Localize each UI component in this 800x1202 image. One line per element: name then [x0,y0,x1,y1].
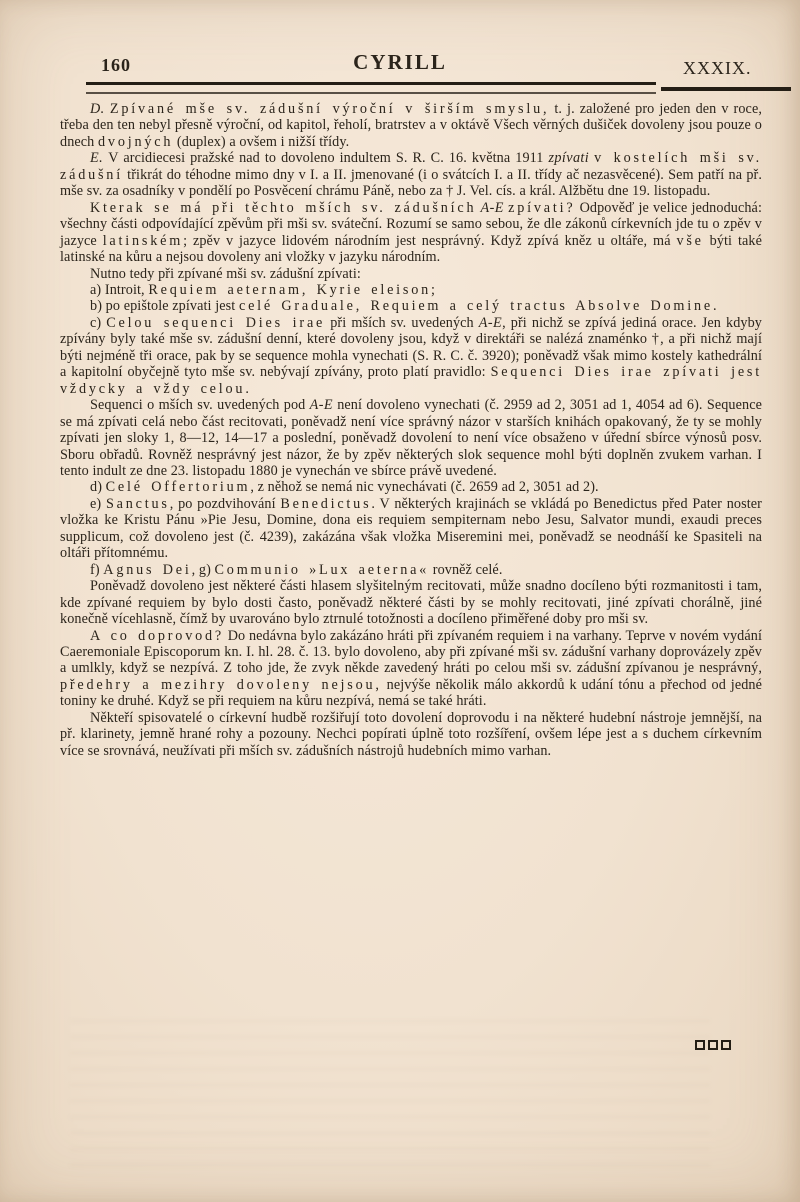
text-segment: f) [90,562,103,578]
text-segment: V arcidiecesi pražské nad to dovoleno in… [108,150,548,166]
text-segment: , z něhož se nemá nic vynechávati (č. 26… [250,479,598,495]
text-segment: předehry a mezihry dovoleny nejsou, [60,677,382,693]
text-segment: Kterak se má při těchto mších sv. zádušn… [90,200,476,216]
text-segment: d) [90,479,106,495]
text-segment: A-E [310,397,333,413]
text-segment: E. [90,150,108,166]
text-segment: , g) [192,562,215,578]
text-segment: D. [90,101,110,117]
scanned-page: 160 CYRILL XXXIX. D. Zpívané mše sv. zád… [0,0,800,1202]
text-segment: třikrát do téhodne mimo dny v I. a II. j… [60,167,762,199]
paragraph: A co doprovod? Do nedávna bylo zakázáno … [60,628,762,710]
text-segment: . [713,298,717,314]
square-icon [708,1040,718,1050]
text-segment: c) [90,315,106,331]
text-segment: Communio »Lux aeterna« [215,562,430,578]
text-segment: A-E [479,315,502,331]
text-segment: Benedictus [280,496,371,512]
text-segment: Sanctus [106,496,170,512]
text-segment: zpívati [548,150,589,166]
text-segment: Celou sequenci Dies irae [106,315,325,331]
text-segment: celé Graduale, Requiem a celý tractus Ab… [239,298,713,314]
text-segment: A-E [476,200,508,216]
paragraph: Nutno tedy při zpívané mši sv. zádušní z… [60,266,762,282]
paragraph: a) Introit, Requiem aeternam, Kyrie elei… [60,282,762,298]
paragraph: c) Celou sequenci Dies irae při mších sv… [60,315,762,397]
paragraph: Sequenci o mších sv. uvedených pod A-E n… [60,397,762,479]
text-segment: Sequenci o mších sv. uvedených pod [90,397,310,413]
square-icon [695,1040,705,1050]
text-segment: Zpívané mše sv. zádušní výroční v širším… [110,101,549,117]
text-segment: Agnus Dei [103,562,191,578]
text-segment: Někteří spisovatelé o církevní hudbě roz… [60,710,762,759]
paragraph: f) Agnus Dei, g) Communio »Lux aeterna« … [60,562,762,578]
text-segment: A co doprovod? [90,628,224,644]
paragraph: b) po epištole zpívati jest celé Gradual… [60,298,762,314]
text-segment: b) po epištole zpívati jest [90,298,239,314]
text-segment: . [245,381,249,397]
text-segment: Requiem aeternam, Kyrie eleison [148,282,431,298]
header-rule-right [661,87,791,96]
paragraph: Někteří spisovatelé o církevní hudbě roz… [60,710,762,759]
paragraph: d) Celé Offertorium, z něhož se nemá nic… [60,479,762,495]
header-rule-main [86,82,656,94]
paragraph: E. V arcidiecesi pražské nad to dovoleno… [60,150,762,199]
text-segment: e) [90,496,106,512]
text-segment: zpívati? [508,200,575,216]
paragraph: D. Zpívané mše sv. zádušní výroční v šir… [60,101,762,150]
end-ornament [695,1040,731,1050]
paragraph: Kterak se má při těchto mších sv. zádušn… [60,200,762,266]
text-segment: ; [431,282,435,298]
square-icon [721,1040,731,1050]
body-text: D. Zpívané mše sv. zádušní výroční v šir… [60,101,762,759]
page-showthrough-texture [70,1020,710,1170]
text-segment: Celé Offertorium [106,479,251,495]
text-segment: Nutno tedy při zpívané mši sv. zádušní z… [90,266,361,282]
journal-title: CYRILL [0,50,800,75]
text-segment: latinském [103,233,183,249]
paragraph: e) Sanctus, po pozdvihování Benedictus. … [60,496,762,562]
text-segment: Poněvadž dovoleno jest některé části hla… [60,578,762,627]
text-segment: rovněž celé. [429,562,502,578]
text-segment: dvojných [98,134,173,150]
text-segment: a) Introit, [90,282,148,298]
text-segment: při mších sv. uvedených [325,315,479,331]
paragraph: Poněvadž dovoleno jest některé části hla… [60,578,762,627]
text-segment: ; zpěv v jazyce lidovém národním jest ne… [183,233,676,249]
text-segment: , po pozdvihování [170,496,281,512]
text-segment: (duplex) a ovšem i nižší třídy. [173,134,349,150]
volume-number: XXXIX. [683,58,752,79]
text-segment: vše [676,233,703,249]
